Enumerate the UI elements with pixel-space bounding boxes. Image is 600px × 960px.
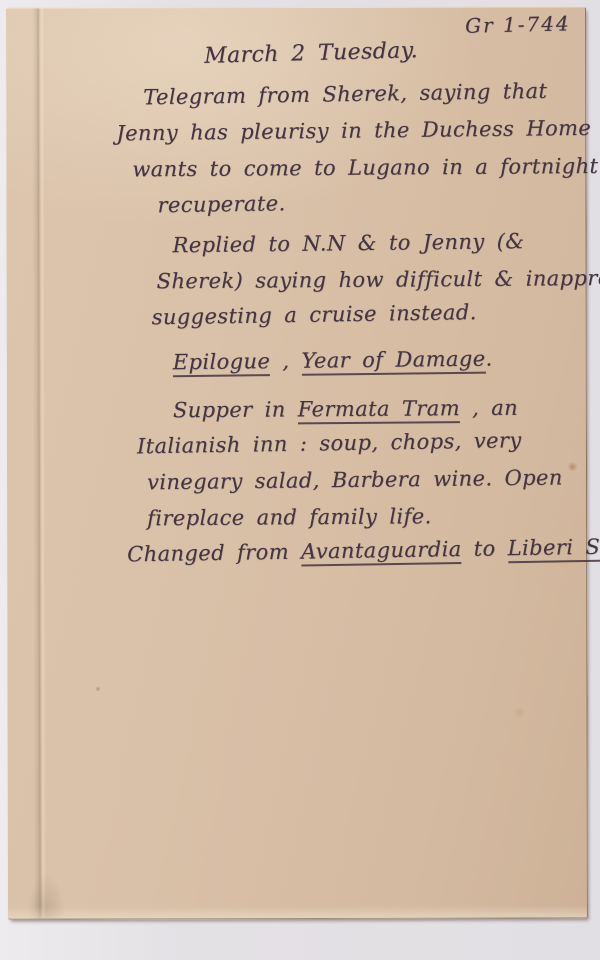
- foxing-stain: [567, 462, 578, 471]
- text-segment: Jenny has pleurisy in the Duchess Home &: [116, 115, 600, 145]
- handwritten-text-block: March 2 Tuesday. Telegram from Sherek, s…: [6, 33, 586, 572]
- text-segment: Sherek) saying how difficult & inappropr…: [157, 265, 600, 293]
- text-segment: ,: [270, 349, 302, 373]
- underlined-phrase: Fermata Tram: [298, 396, 460, 424]
- text-segment: to: [461, 536, 507, 561]
- page-bottom-edge: [8, 905, 587, 918]
- manuscript-line: Replied to N.N & to Jenny (&: [172, 222, 585, 263]
- text-segment: Italianish inn : soup, chops, very: [137, 428, 522, 458]
- text-segment: wants to come to Lugano in a fortnight t…: [132, 154, 600, 182]
- underlined-phrase: Liberi Stampi: [507, 534, 600, 563]
- text-segment: Supper in: [173, 397, 298, 422]
- text-segment: Telegram from Sherek, saying that: [143, 79, 547, 109]
- manuscript-line: suggesting a cruise instead.: [151, 292, 586, 335]
- fold-crease-shadow: [24, 828, 68, 918]
- underlined-phrase: Epilogue: [173, 349, 271, 377]
- manuscript-line: Telegram from Sherek, saying that: [143, 72, 586, 115]
- manuscript-line: Epilogue , Year of Damage.: [173, 339, 586, 380]
- text-segment: Changed from: [127, 540, 301, 567]
- foxing-stain: [95, 686, 100, 691]
- text-segment: recuperate.: [157, 191, 285, 217]
- text-segment: , an: [460, 396, 518, 420]
- text-segment: Replied to N.N & to Jenny (&: [172, 229, 524, 257]
- underlined-phrase: Avantaguardia: [301, 537, 462, 567]
- manuscript-line: recuperate.: [157, 180, 586, 223]
- manuscript-line: vinegary salad, Barbera wine. Open: [147, 459, 586, 500]
- manuscript-line: Italianish inn : soup, chops, very: [137, 421, 587, 464]
- foxing-stain: [513, 708, 527, 718]
- text-segment: vinegary salad, Barbera wine. Open: [147, 465, 563, 494]
- underlined-phrase: Year of Damage: [301, 347, 485, 376]
- scan-background: { "document": { "archive_mark": "Gr 1-74…: [0, 0, 600, 960]
- text-segment: fireplace and family life.: [147, 504, 432, 530]
- text-segment: .: [485, 347, 492, 371]
- manuscript-lines: Telegram from Sherek, saying thatJenny h…: [6, 78, 586, 572]
- manuscript-line: Jenny has pleurisy in the Duchess Home &: [116, 110, 585, 151]
- text-segment: suggesting a cruise instead.: [152, 300, 477, 329]
- manuscript-line: Changed from Avantaguardia to Liberi Sta…: [127, 529, 587, 572]
- manuscript-page: Gr 1-744 March 2 Tuesday. Telegram from …: [6, 6, 588, 919]
- date-heading: March 2 Tuesday.: [204, 29, 586, 75]
